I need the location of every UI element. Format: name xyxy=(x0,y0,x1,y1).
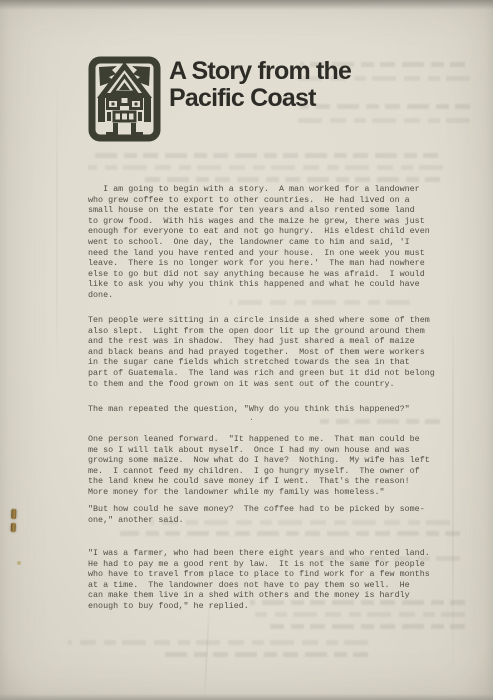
paper-crease xyxy=(56,80,58,380)
bleedthrough-mark xyxy=(88,153,438,158)
story-paragraph-2: Ten people were sitting in a circle insi… xyxy=(88,315,462,389)
scan-edge-bottom xyxy=(0,694,493,700)
bleedthrough-mark xyxy=(88,165,443,170)
story-paragraph-5: "But how could he save money? The coffee… xyxy=(88,504,462,525)
staple-prong xyxy=(11,509,16,519)
staple-mark xyxy=(11,509,17,535)
bleedthrough-mark xyxy=(158,652,368,657)
story-paragraph-4: One person leaned forward. "It happened … xyxy=(88,434,462,498)
mayan-stamp-icon xyxy=(88,56,161,142)
bleedthrough-mark xyxy=(140,177,440,182)
page-title-line1: A Story from the xyxy=(169,58,351,85)
page-title: A Story from the Pacific Coast xyxy=(169,58,351,112)
scan-edge-top xyxy=(0,0,493,10)
bleedthrough-mark xyxy=(255,612,465,617)
story-paragraph-6: "I was a farmer, who had been there eigh… xyxy=(88,548,462,612)
stray-typed-dot: . xyxy=(249,413,254,423)
bleedthrough-mark xyxy=(68,640,368,645)
bleedthrough-mark xyxy=(320,419,440,424)
bleedthrough-mark xyxy=(230,300,410,305)
scanned-document-page: A Story from the Pacific Coast I am goin… xyxy=(0,0,493,700)
story-paragraph-3: The man repeated the question, "Why do y… xyxy=(88,404,462,415)
paper-crease xyxy=(203,600,210,700)
staple-prong xyxy=(11,523,16,532)
bleedthrough-mark xyxy=(270,624,465,629)
story-paragraph-1: I am going to begin with a story. A man … xyxy=(88,184,462,301)
bleedthrough-mark xyxy=(120,531,460,536)
stain-dot xyxy=(17,561,21,565)
page-title-line2: Pacific Coast xyxy=(169,85,351,112)
bleedthrough-mark xyxy=(296,118,470,123)
